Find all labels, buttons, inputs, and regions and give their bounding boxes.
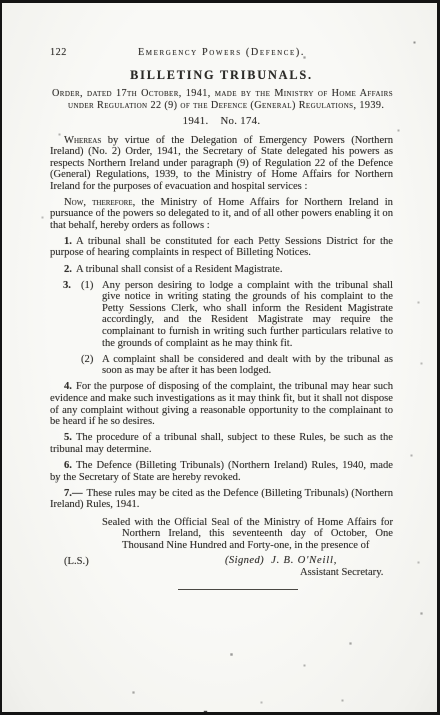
rule-5: 5.The procedure of a tribunal shall, sub… [50,432,393,455]
rule-7: 7.—These rules may be cited as the Defen… [50,488,393,511]
rule-3-number: 3. [63,280,71,292]
rule-3: 3. (1) Any person desiring to lodge a co… [50,280,393,377]
doc-year: 1941. [183,115,209,127]
rule-4-number: 4. [64,381,76,392]
doc-title: BILLETING TRIBUNALS. [50,70,393,82]
scanned-document-page: 122 Emergency Powers (Defence). BILLETIN… [0,0,440,715]
signature-block: (L.S.) (Signed)J. B. O'Neill, Assistant … [50,555,393,581]
doc-number-line: 1941.No. 174. [50,116,393,128]
rule-6: 6.The Defence (Billeting Tribunals) (Nor… [50,460,393,483]
whereas-lead: Whereas [64,135,101,146]
rule-6-text: The Defence (Billeting Tribunals) (North… [50,460,393,483]
rule-3-item-2-number: (2) [81,354,93,366]
rule-3-item-2: (2) A complaint shall be considered and … [102,354,393,377]
page-content: 122 Emergency Powers (Defence). BILLETIN… [2,3,437,590]
doc-serial-number: No. 174. [220,115,260,127]
signature-line: (Signed)J. B. O'Neill, [225,555,393,567]
rule-6-number: 6. [64,460,76,471]
rule-3-item-1-text: Any person desiring to lodge a complaint… [102,280,393,349]
rule-3-item-2-text: A complaint shall be considered and deal… [102,354,393,377]
rule-3-item-1: 3. (1) Any person desiring to lodge a co… [102,280,393,350]
end-divider-rule [178,589,298,590]
rule-1: 1.A tribunal shall be constituted for ea… [50,236,393,259]
order-caption: Order, dated 17th October, 1941, made by… [50,88,393,111]
whereas-body: by virtue of the Delegation of Emergency… [50,135,393,192]
signature-title: Assistant Secretary. [300,567,393,579]
seal-mark: (L.S.) [64,556,89,568]
preamble-whereas: Whereas by virtue of the Delegation of E… [50,135,393,193]
rule-1-number: 1. [64,236,76,247]
rule-4-text: For the purpose of disposing of the comp… [50,381,393,427]
rule-2: 2.A tribunal shall consist of a Resident… [50,264,393,276]
rule-2-text: A tribunal shall consist of a Resident M… [76,264,283,275]
rule-5-number: 5. [64,432,76,443]
sealing-clause: Sealed with the Official Seal of the Min… [122,517,393,552]
rule-4: 4.For the purpose of disposing of the co… [50,381,393,427]
rule-3-item-1-number: (1) [81,280,93,292]
signature-name: J. B. O'Neill, [264,555,337,566]
preamble-now-therefore: Now, therefore, the Ministry of Home Aff… [50,197,393,232]
page-number: 122 [50,47,67,59]
rule-1-text: A tribunal shall be constituted for each… [50,236,393,259]
rule-5-text: The procedure of a tribunal shall, subje… [50,432,393,455]
running-head-title: Emergency Powers (Defence). [138,47,305,58]
running-head-row: 122 Emergency Powers (Defence). [50,47,393,59]
now-therefore-lead: Now, therefore [64,197,133,208]
signed-label: (Signed) [225,555,264,566]
scan-noise-speckles [2,3,3,4]
rule-7-text: These rules may be cited as the Defence … [50,488,393,511]
rule-7-number: 7.— [64,488,87,499]
rule-2-number: 2. [64,264,76,275]
